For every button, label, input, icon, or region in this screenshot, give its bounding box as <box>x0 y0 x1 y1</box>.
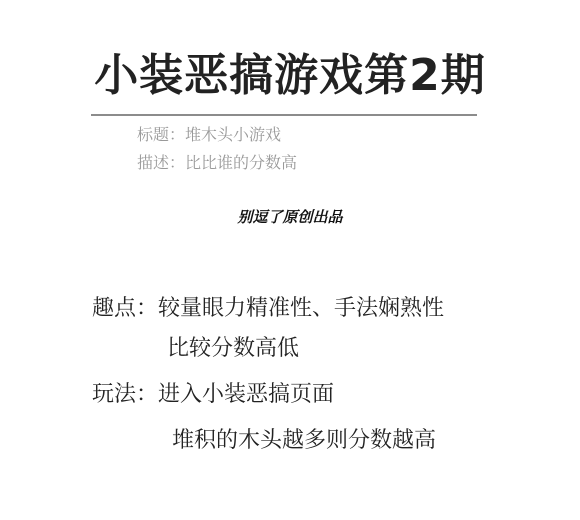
meta-title-line: 标题：堆木头小游戏 <box>137 124 281 146</box>
fun-points-label: 趣点： <box>92 296 158 321</box>
fun-points-line2: 比较分数高低 <box>167 334 299 364</box>
meta-description-line: 描述：比比谁的分数高 <box>137 152 297 174</box>
gameplay-line2: 堆积的木头越多则分数越高 <box>172 426 436 456</box>
page-title: 小装恶搞游戏第2期 <box>0 48 580 104</box>
title-divider <box>91 114 477 116</box>
gameplay-label: 玩法： <box>92 382 158 407</box>
fun-points-row: 趣点：较量眼力精准性、手法娴熟性 <box>92 294 444 324</box>
fun-points-line1: 较量眼力精准性、手法娴熟性 <box>158 296 444 321</box>
gameplay-line1: 进入小装恶搞页面 <box>158 382 334 407</box>
gameplay-row: 玩法：进入小装恶搞页面 <box>92 380 334 410</box>
tagline: 别逗了原创出品 <box>0 206 580 227</box>
